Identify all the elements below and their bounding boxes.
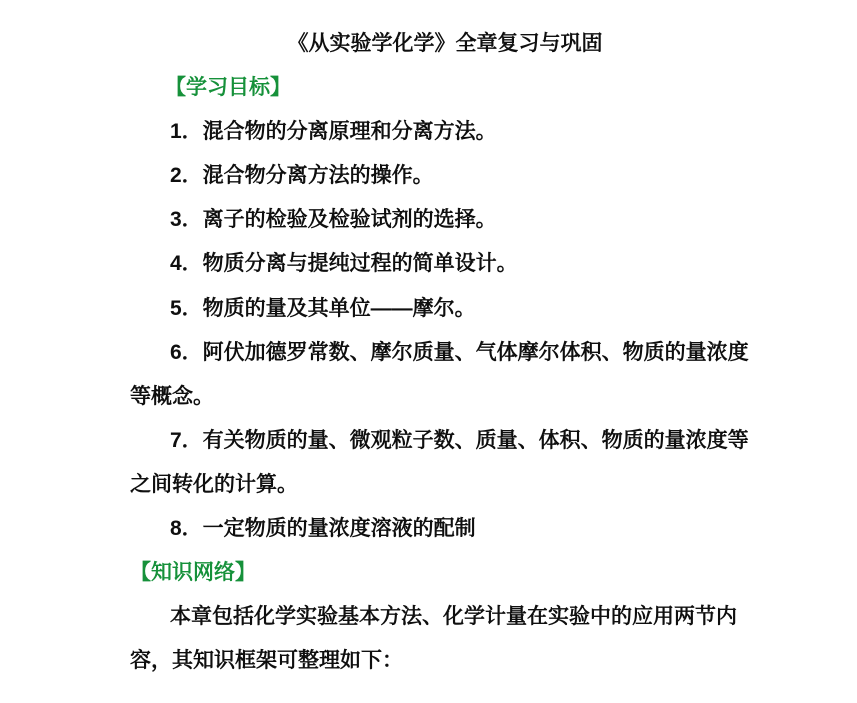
objective-item-3: 3．离子的检验及检验试剂的选择。 [130,198,754,242]
objective-item-2: 2．混合物分离方法的操作。 [130,154,754,198]
document-page: 《从实验学化学》全章复习与巩固 【学习目标】 1．混合物的分离原理和分离方法。 … [0,0,857,703]
objective-item-6: 6．阿伏加德罗常数、摩尔质量、气体摩尔体积、物质的量浓度等概念。 [130,331,754,419]
objective-item-8: 8．一定物质的量浓度溶液的配制 [130,507,754,551]
objective-item-5: 5．物质的量及其单位——摩尔。 [130,287,754,331]
objectives-section-heading: 【学习目标】 [130,66,797,110]
objective-item-1: 1．混合物的分离原理和分离方法。 [130,110,754,154]
network-intro-paragraph: 本章包括化学实验基本方法、化学计量在实验中的应用两节内容，其知识框架可整理如下： [130,595,754,683]
objective-item-7: 7．有关物质的量、微观粒子数、质量、体积、物质的量浓度等之间转化的计算。 [130,419,754,507]
objective-item-4: 4．物质分离与提纯过程的简单设计。 [130,242,754,286]
network-section-heading: 【知识网络】 [130,551,797,595]
document-title: 《从实验学化学》全章复习与巩固 [130,22,760,66]
